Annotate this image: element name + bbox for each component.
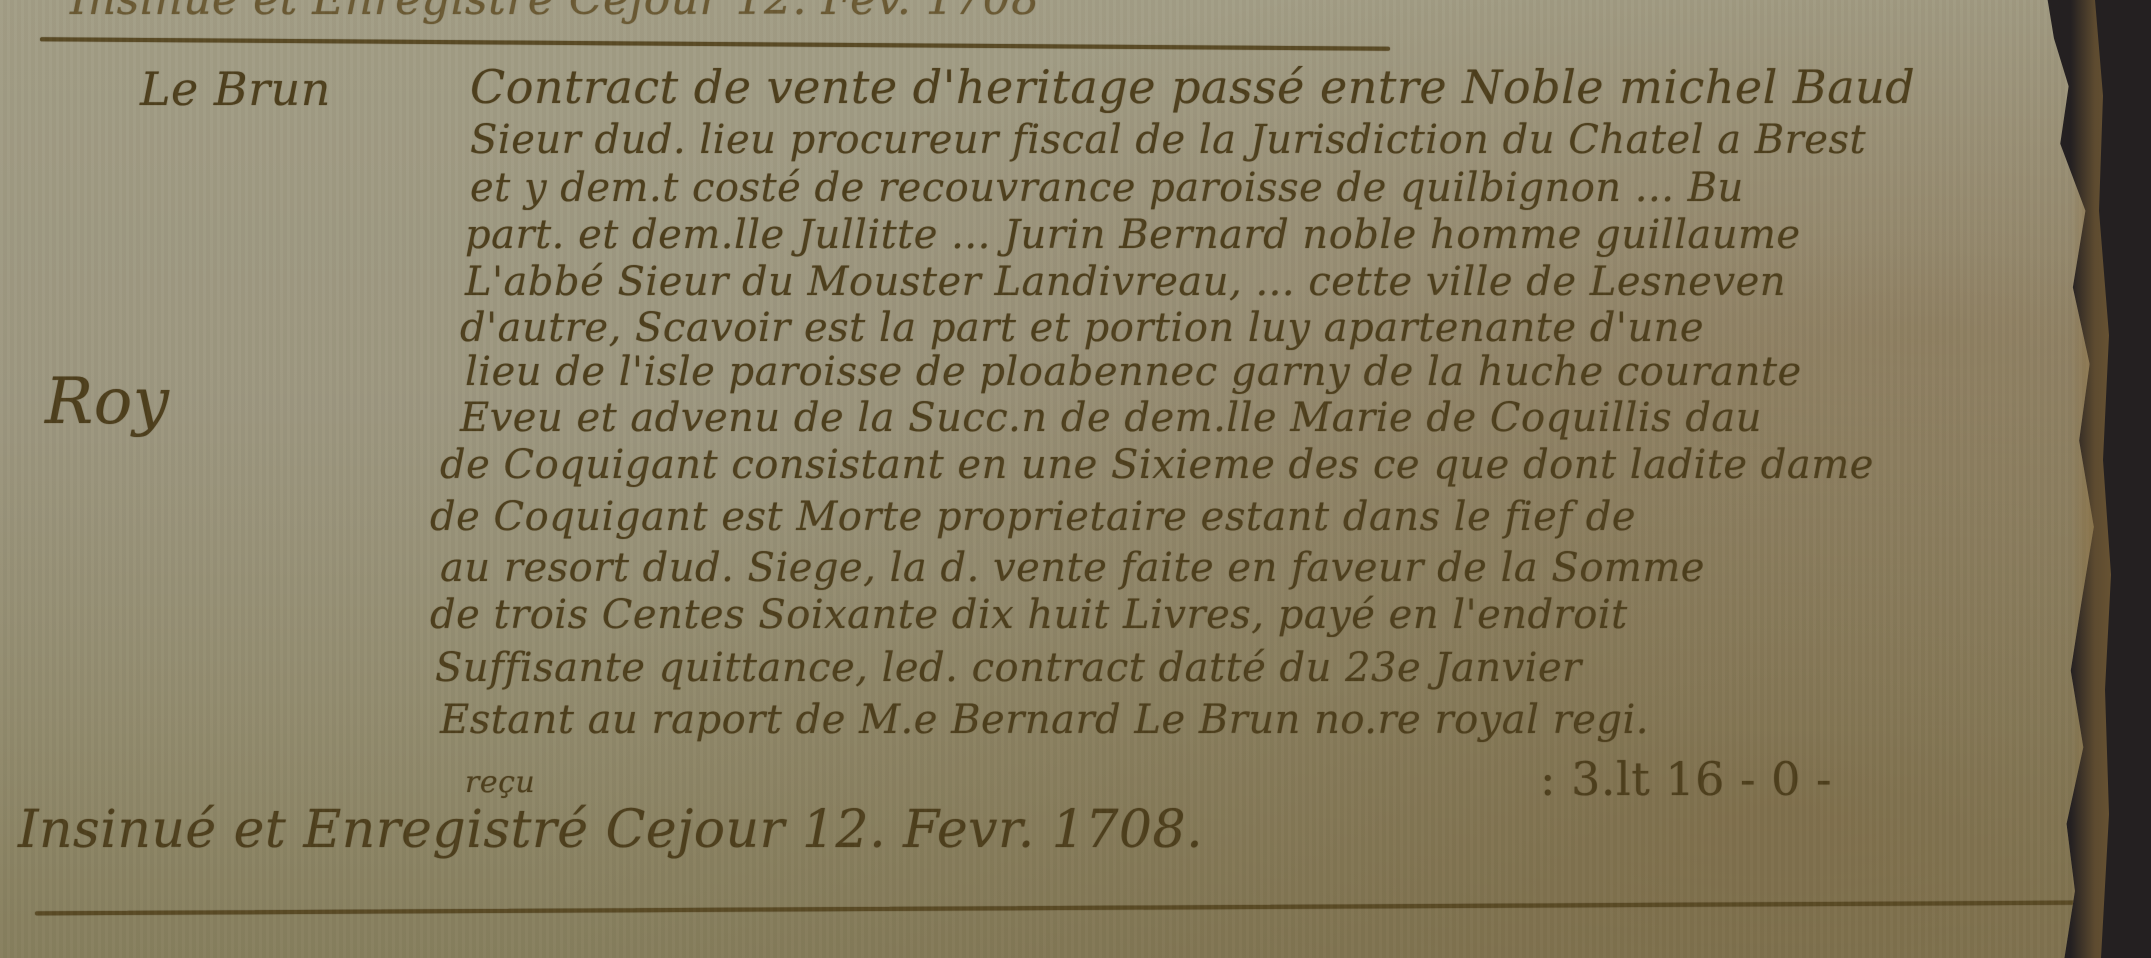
previous-entry-cut-line: Insinué et Enregistré Cejour 12. Fev. 17… xyxy=(70,0,1040,22)
body-line-9: de Coquigant consistant en une Sixieme d… xyxy=(440,445,1874,485)
margin-name-le-brun: Le Brun xyxy=(140,62,331,116)
fee-amount: : 3.lt 16 - 0 - xyxy=(1540,752,1832,806)
margin-name-roy: Roy xyxy=(45,365,169,439)
body-line-3: et y dem.t costé de recouvrance paroisse… xyxy=(470,168,1744,208)
body-line-1: Contract de vente d'heritage passé entre… xyxy=(470,64,1915,110)
body-line-15: reçu xyxy=(465,768,535,798)
bottom-divider-rule xyxy=(35,901,2085,916)
body-line-14: Estant au raport de M.e Bernard Le Brun … xyxy=(440,700,1649,740)
top-divider-rule xyxy=(40,37,1390,50)
closing-registration-line: Insinué et Enregistré Cejour 12. Fevr. 1… xyxy=(18,800,1203,860)
body-line-4: part. et dem.lle Jullitte ... Jurin Bern… xyxy=(465,215,1801,255)
body-line-12: de trois Centes Soixante dix huit Livres… xyxy=(430,595,1628,635)
manuscript-page: Insinué et Enregistré Cejour 12. Fev. 17… xyxy=(0,0,2098,958)
body-line-6: d'autre, Scavoir est la part et portion … xyxy=(460,308,1704,348)
body-line-7: lieu de l'isle paroisse de ploabennec ga… xyxy=(465,352,1802,392)
body-line-10: de Coquigant est Morte proprietaire esta… xyxy=(430,497,1636,537)
body-line-13: Suffisante quittance, led. contract datt… xyxy=(435,648,1582,688)
body-line-2: Sieur dud. lieu procureur fiscal de la J… xyxy=(470,120,1866,160)
body-line-8: Eveu et advenu de la Succ.n de dem.lle M… xyxy=(460,398,1762,438)
body-line-5: L'abbé Sieur du Mouster Landivreau, ... … xyxy=(465,262,1786,302)
body-line-11: au resort dud. Siege, la d. vente faite … xyxy=(440,548,1705,588)
